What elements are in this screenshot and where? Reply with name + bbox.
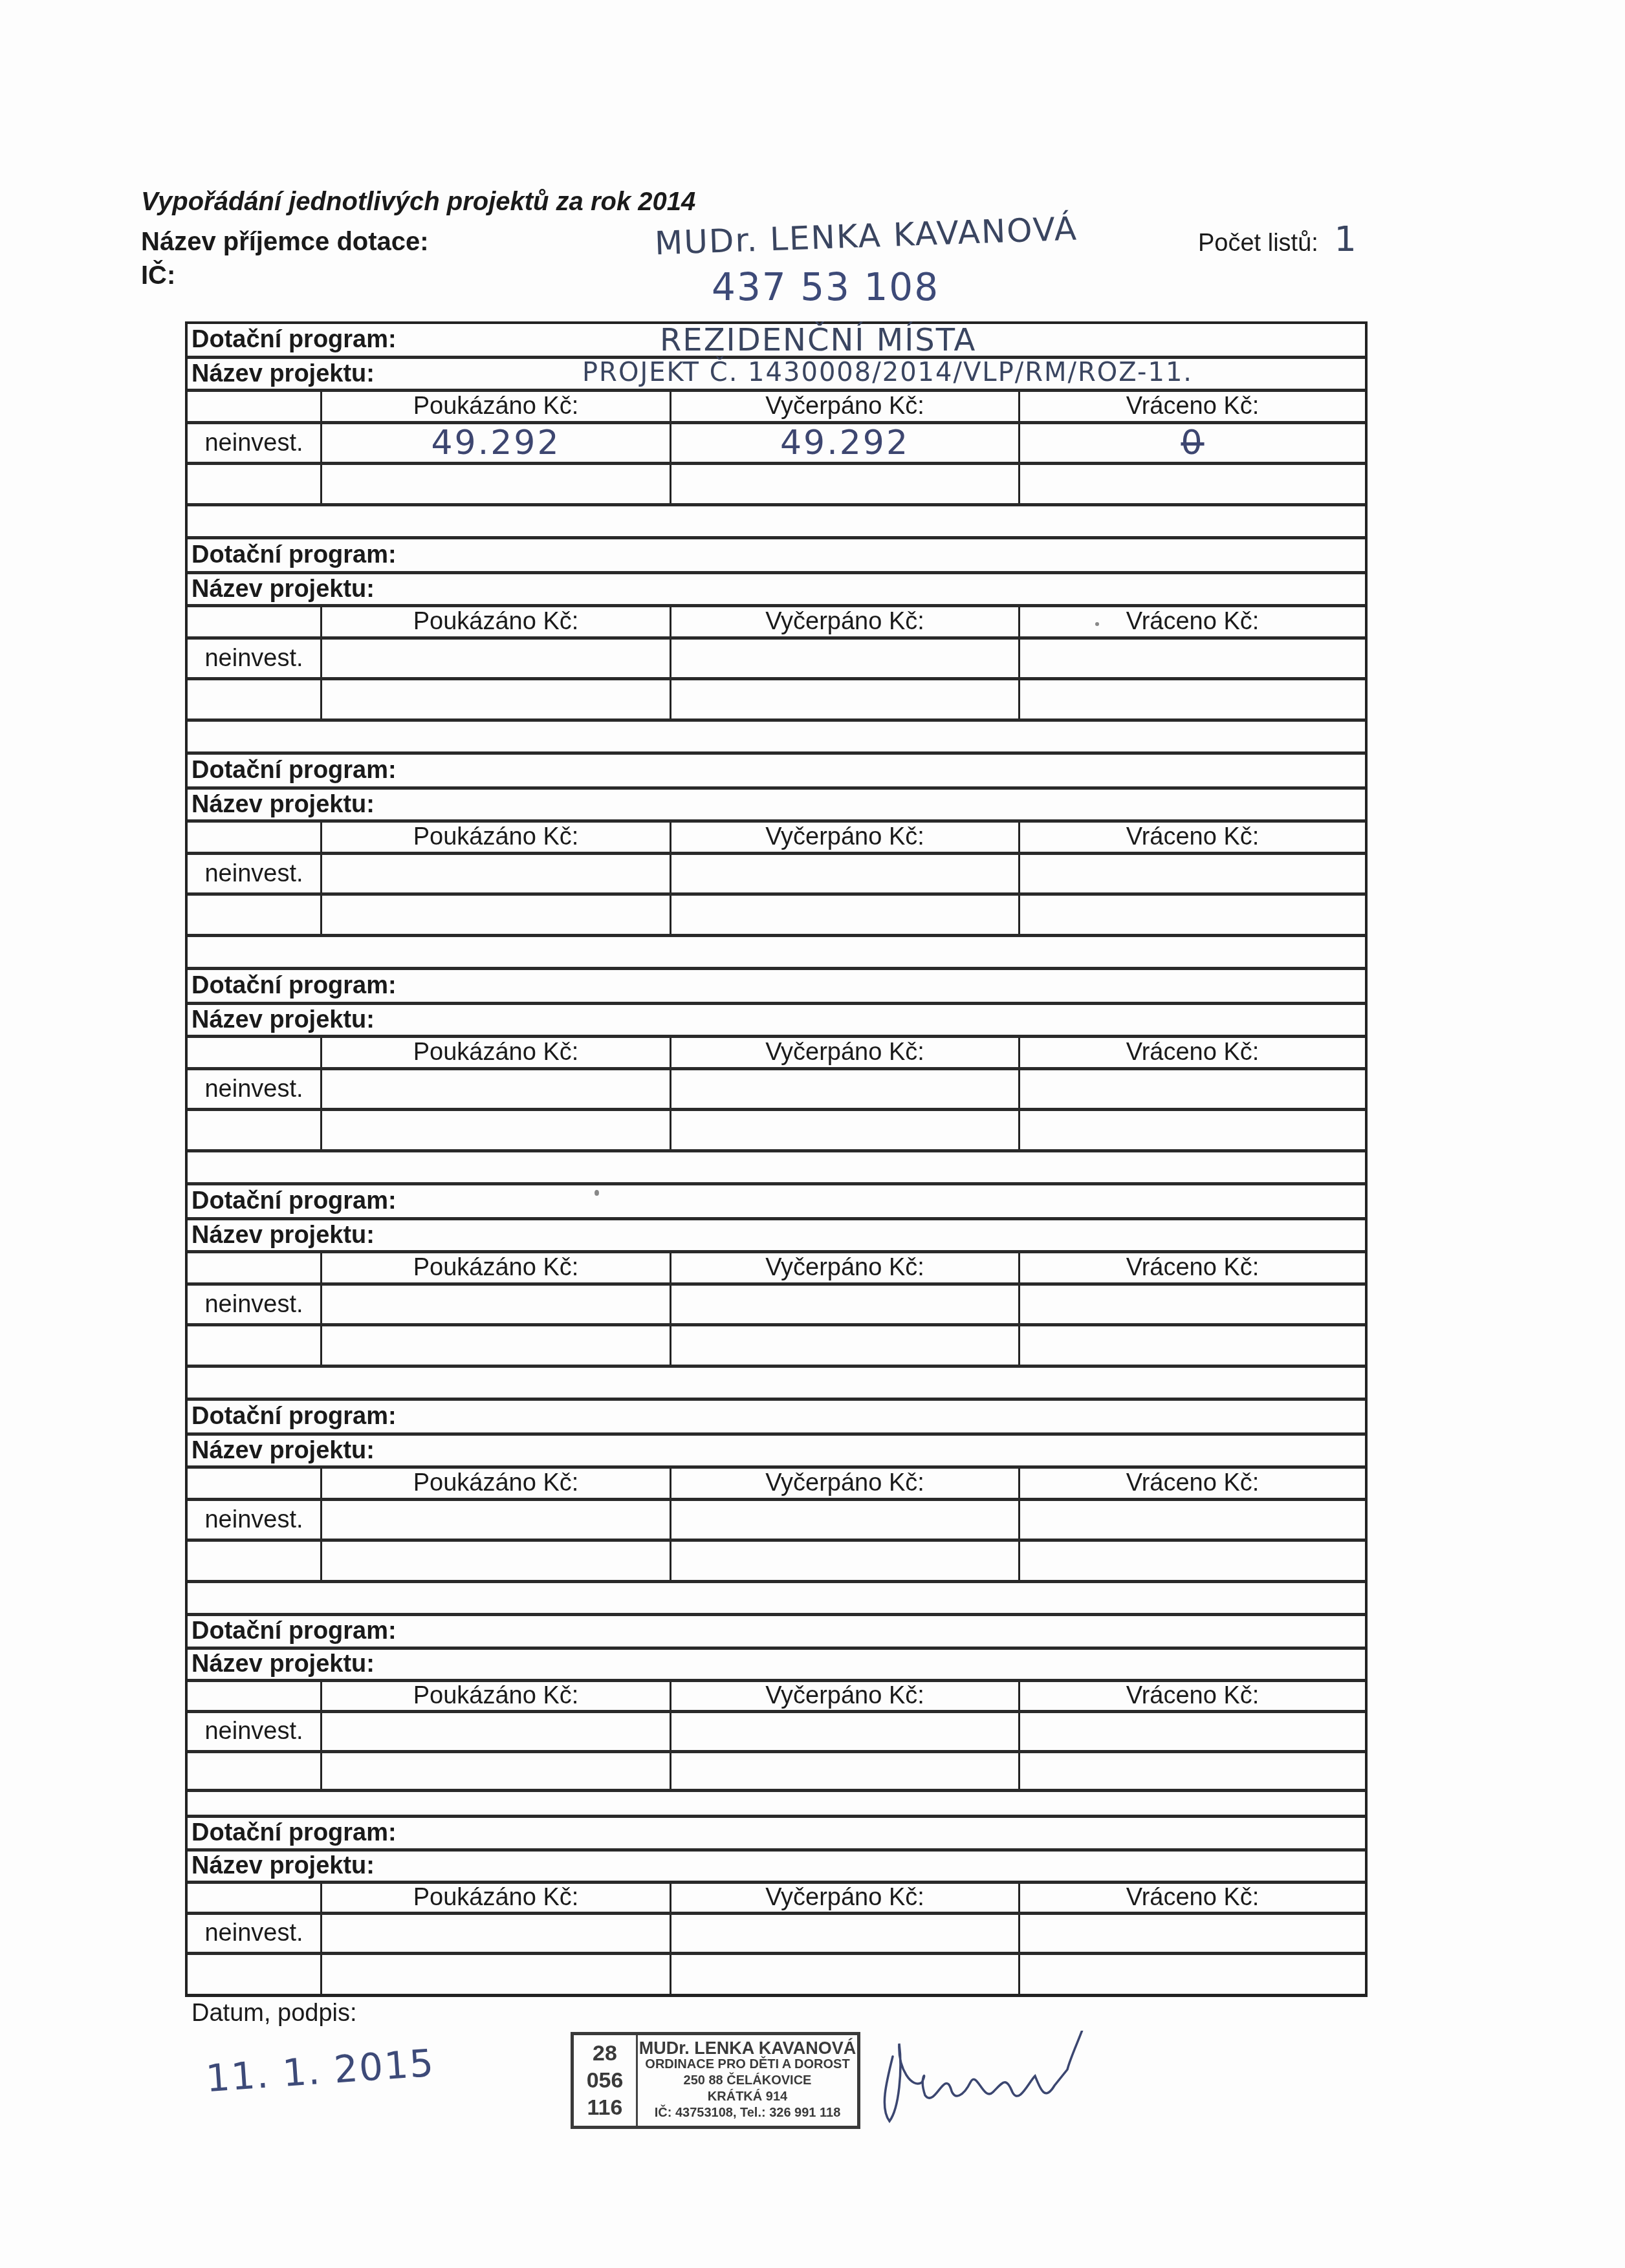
header-cell-empty (188, 607, 322, 636)
spacer-row (188, 1152, 1365, 1185)
neinvest-row: neinvest. (188, 640, 1365, 680)
project-label: Název projektu: (191, 791, 375, 819)
header-poukazano: Poukázáno Kč: (322, 607, 671, 636)
empty-cell[interactable] (322, 1753, 671, 1789)
program-row: Dotační program: (188, 1616, 1365, 1650)
recipient-value: MUDr. LENKA KAVANOVÁ (654, 210, 1078, 263)
sheet-count-value: 1 (1334, 219, 1357, 259)
program-row: Dotační program: (188, 755, 1365, 790)
header-vycerpano: Vyčerpáno Kč: (671, 1682, 1020, 1710)
empty-cell[interactable] (671, 1326, 1020, 1365)
poukazano-field[interactable] (322, 640, 671, 677)
empty-cell[interactable] (1020, 1326, 1365, 1365)
neinvest-label: neinvest. (188, 1070, 322, 1108)
vraceno-field[interactable] (1020, 855, 1365, 892)
program-label: Dotační program: (191, 541, 397, 569)
empty-row (188, 1111, 1365, 1152)
header-vycerpano: Vyčerpáno Kč: (671, 1253, 1020, 1282)
header-vraceno: Vráceno Kč: (1020, 607, 1365, 636)
column-header-row: Poukázáno Kč: Vyčerpáno Kč: Vráceno Kč: (188, 1682, 1365, 1713)
header-vraceno: Vráceno Kč: (1020, 1884, 1365, 1912)
ic-value: 437 53 108 (712, 265, 939, 309)
column-header-row: Poukázáno Kč: Vyčerpáno Kč: Vráceno Kč: (188, 1469, 1365, 1501)
project-block: Dotační program:Název projektu: Poukázán… (188, 539, 1365, 755)
neinvest-row: neinvest. (188, 855, 1365, 896)
vraceno-field[interactable] (1020, 640, 1365, 677)
empty-cell[interactable] (671, 680, 1020, 718)
program-label: Dotační program: (191, 1617, 397, 1645)
stamp-number: 28 056 116 (574, 2035, 638, 2126)
sheet-count: Počet listů: 1 (1198, 219, 1358, 259)
empty-cell[interactable] (188, 896, 322, 934)
project-row: Název projektu: (188, 1005, 1365, 1038)
header-cell-empty (188, 1682, 322, 1710)
empty-cell[interactable] (188, 465, 322, 503)
project-label: Název projektu: (191, 1006, 375, 1034)
project-value[interactable]: PROJEKT Č. 1430008/2014/VLP/RM/ROZ-11. (582, 358, 1193, 387)
program-label: Dotační program: (191, 326, 397, 354)
project-label: Název projektu: (191, 1650, 375, 1678)
header-cell-empty (188, 823, 322, 852)
projects-table: Dotační program:REZIDENČNÍ MÍSTANázev pr… (185, 321, 1368, 1997)
project-label: Název projektu: (191, 1222, 375, 1249)
program-row: Dotační program: (188, 1818, 1365, 1852)
project-row: Název projektu:PROJEKT Č. 1430008/2014/V… (188, 359, 1365, 392)
neinvest-row: neinvest. (188, 1070, 1365, 1111)
date-signature-label: Datum, podpis: (191, 2000, 357, 2027)
project-row: Název projektu: (188, 1650, 1365, 1682)
column-header-row: Poukázáno Kč: Vyčerpáno Kč: Vráceno Kč: (188, 823, 1365, 855)
project-row: Název projektu: (188, 790, 1365, 823)
empty-cell[interactable] (188, 1542, 322, 1580)
vraceno-field[interactable] (1020, 1915, 1365, 1952)
program-value[interactable]: REZIDENČNÍ MÍSTA (660, 322, 976, 358)
project-block: Dotační program:Název projektu: Poukázán… (188, 1185, 1365, 1401)
program-label: Dotační program: (191, 757, 397, 784)
empty-cell[interactable] (188, 1326, 322, 1365)
neinvest-label: neinvest. (188, 424, 322, 462)
header-vraceno: Vráceno Kč: (1020, 823, 1365, 852)
empty-row (188, 1542, 1365, 1583)
header-vraceno: Vráceno Kč: (1020, 1038, 1365, 1067)
poukazano-field[interactable] (322, 1915, 671, 1952)
empty-cell[interactable] (1020, 1955, 1365, 1994)
neinvest-label: neinvest. (188, 640, 322, 677)
header-poukazano: Poukázáno Kč: (322, 392, 671, 421)
vycerpano-field[interactable] (671, 1286, 1020, 1323)
sheet-count-label: Počet listů: (1198, 230, 1318, 257)
header-vycerpano: Vyčerpáno Kč: (671, 1038, 1020, 1067)
date-value: 11. 1. 2015 (204, 2041, 436, 2101)
project-block: Dotační program:Název projektu: Poukázán… (188, 755, 1365, 970)
empty-cell[interactable] (322, 1955, 671, 1994)
vraceno-field[interactable] (1020, 1501, 1365, 1539)
spacer-row (188, 937, 1365, 970)
neinvest-label: neinvest. (188, 1501, 322, 1539)
empty-cell[interactable] (188, 680, 322, 718)
header-poukazano: Poukázáno Kč: (322, 1884, 671, 1912)
column-header-row: Poukázáno Kč: Vyčerpáno Kč: Vráceno Kč: (188, 1253, 1365, 1286)
poukazano-field[interactable] (322, 1713, 671, 1750)
spacer-row (188, 722, 1365, 755)
empty-row (188, 1326, 1365, 1368)
column-header-row: Poukázáno Kč: Vyčerpáno Kč: Vráceno Kč: (188, 1884, 1365, 1915)
poukazano-field[interactable] (322, 1501, 671, 1539)
spacer-row (188, 506, 1365, 539)
header-poukazano: Poukázáno Kč: (322, 1469, 671, 1498)
ic-label: IČ: (141, 261, 175, 290)
vraceno-field[interactable] (1020, 1713, 1365, 1750)
empty-row (188, 680, 1365, 722)
header-cell-empty (188, 1038, 322, 1067)
scan-speck (594, 1190, 599, 1196)
column-header-row: Poukázáno Kč: Vyčerpáno Kč: Vráceno Kč: (188, 607, 1365, 640)
project-label: Název projektu: (191, 1852, 375, 1880)
project-label: Název projektu: (191, 360, 375, 388)
project-block: Dotační program:Název projektu: Poukázán… (188, 1818, 1365, 1994)
empty-cell[interactable] (188, 1111, 322, 1149)
header-vycerpano: Vyčerpáno Kč: (671, 1884, 1020, 1912)
empty-cell[interactable] (322, 680, 671, 718)
vraceno-field[interactable]: 0 (1020, 424, 1365, 462)
header-vycerpano: Vyčerpáno Kč: (671, 607, 1020, 636)
empty-row (188, 1753, 1365, 1792)
project-block: Dotační program:Název projektu: Poukázán… (188, 1616, 1365, 1818)
handwritten-signature (873, 2031, 1210, 2128)
empty-row (188, 465, 1365, 506)
header-vraceno: Vráceno Kč: (1020, 1469, 1365, 1498)
neinvest-row: neinvest. (188, 1915, 1365, 1955)
header-cell-empty (188, 392, 322, 421)
official-stamp: 28 056 116 MUDr. LENKA KAVANOVÁ ORDINACE… (571, 2032, 860, 2129)
program-label: Dotační program: (191, 1819, 397, 1847)
scan-speck (1095, 622, 1099, 626)
header-vraceno: Vráceno Kč: (1020, 1253, 1365, 1282)
program-row: Dotační program: (188, 970, 1365, 1005)
neinvest-label: neinvest. (188, 855, 322, 892)
vraceno-field[interactable] (1020, 1070, 1365, 1108)
column-header-row: Poukázáno Kč: Vyčerpáno Kč: Vráceno Kč: (188, 1038, 1365, 1070)
project-row: Název projektu: (188, 1852, 1365, 1884)
neinvest-label: neinvest. (188, 1286, 322, 1323)
project-row: Název projektu: (188, 1436, 1365, 1469)
project-block: Dotační program:Název projektu: Poukázán… (188, 1401, 1365, 1616)
header-cell-empty (188, 1884, 322, 1912)
empty-row (188, 896, 1365, 937)
stamp-text: MUDr. LENKA KAVANOVÁ ORDINACE PRO DĚTI A… (638, 2035, 857, 2126)
project-label: Název projektu: (191, 1437, 375, 1465)
poukazano-field[interactable] (322, 1070, 671, 1108)
header-cell-empty (188, 1469, 322, 1498)
header-poukazano: Poukázáno Kč: (322, 823, 671, 852)
empty-cell[interactable] (188, 1955, 322, 1994)
recipient-label: Název příjemce dotace: (141, 228, 429, 257)
spacer-row (188, 1583, 1365, 1616)
empty-cell[interactable] (671, 1955, 1020, 1994)
header-poukazano: Poukázáno Kč: (322, 1253, 671, 1282)
vraceno-field[interactable] (1020, 1286, 1365, 1323)
empty-cell[interactable] (1020, 680, 1365, 718)
vycerpano-field[interactable] (671, 1501, 1020, 1539)
empty-cell[interactable] (671, 1111, 1020, 1149)
vycerpano-field[interactable] (671, 1915, 1020, 1952)
program-row: Dotační program: (188, 1185, 1365, 1220)
empty-cell[interactable] (671, 465, 1020, 503)
project-block: Dotační program:Název projektu: Poukázán… (188, 970, 1365, 1185)
project-row: Název projektu: (188, 1220, 1365, 1253)
spacer-row (188, 1792, 1365, 1818)
vycerpano-field[interactable] (671, 1070, 1020, 1108)
neinvest-row: neinvest. (188, 1286, 1365, 1326)
empty-row (188, 1955, 1365, 1994)
project-label: Název projektu: (191, 576, 375, 603)
project-block: Dotační program:REZIDENČNÍ MÍSTANázev pr… (188, 324, 1365, 539)
header-vycerpano: Vyčerpáno Kč: (671, 392, 1020, 421)
neinvest-row: neinvest. (188, 1501, 1365, 1542)
empty-cell[interactable] (1020, 896, 1365, 934)
empty-cell[interactable] (671, 1753, 1020, 1789)
program-row: Dotační program:REZIDENČNÍ MÍSTA (188, 324, 1365, 359)
header-vraceno: Vráceno Kč: (1020, 1682, 1365, 1710)
project-row: Název projektu: (188, 574, 1365, 607)
empty-cell[interactable] (671, 896, 1020, 934)
empty-cell[interactable] (1020, 1753, 1365, 1789)
header-poukazano: Poukázáno Kč: (322, 1682, 671, 1710)
empty-cell[interactable] (322, 1326, 671, 1365)
vycerpano-field[interactable] (671, 1713, 1020, 1750)
empty-cell[interactable] (188, 1753, 322, 1789)
neinvest-label: neinvest. (188, 1713, 322, 1750)
neinvest-row: neinvest. (188, 1713, 1365, 1753)
neinvest-label: neinvest. (188, 1915, 322, 1952)
column-header-row: Poukázáno Kč: Vyčerpáno Kč: Vráceno Kč: (188, 392, 1365, 424)
program-label: Dotační program: (191, 1187, 397, 1215)
spacer-row (188, 1368, 1365, 1401)
program-label: Dotační program: (191, 1403, 397, 1431)
header-cell-empty (188, 1253, 322, 1282)
header-vycerpano: Vyčerpáno Kč: (671, 823, 1020, 852)
empty-cell[interactable] (322, 1542, 671, 1580)
empty-cell[interactable] (1020, 1542, 1365, 1580)
empty-cell[interactable] (322, 1111, 671, 1149)
vycerpano-field[interactable] (671, 855, 1020, 892)
neinvest-row: neinvest. 49.292 49.292 0 (188, 424, 1365, 465)
poukazano-field[interactable] (322, 1286, 671, 1323)
empty-cell[interactable] (322, 896, 671, 934)
empty-cell[interactable] (322, 465, 671, 503)
program-row: Dotační program: (188, 539, 1365, 574)
poukazano-field[interactable]: 49.292 (322, 424, 671, 462)
empty-cell[interactable] (1020, 1111, 1365, 1149)
header-vycerpano: Vyčerpáno Kč: (671, 1469, 1020, 1498)
poukazano-field[interactable] (322, 855, 671, 892)
vycerpano-field[interactable] (671, 640, 1020, 677)
empty-cell[interactable] (671, 1542, 1020, 1580)
header-vraceno: Vráceno Kč: (1020, 392, 1365, 421)
program-label: Dotační program: (191, 972, 397, 1000)
header-poukazano: Poukázáno Kč: (322, 1038, 671, 1067)
document-title: Vypořádání jednotlivých projektů za rok … (141, 188, 695, 217)
vycerpano-field[interactable]: 49.292 (671, 424, 1020, 462)
empty-cell[interactable] (1020, 465, 1365, 503)
program-row: Dotační program: (188, 1401, 1365, 1436)
